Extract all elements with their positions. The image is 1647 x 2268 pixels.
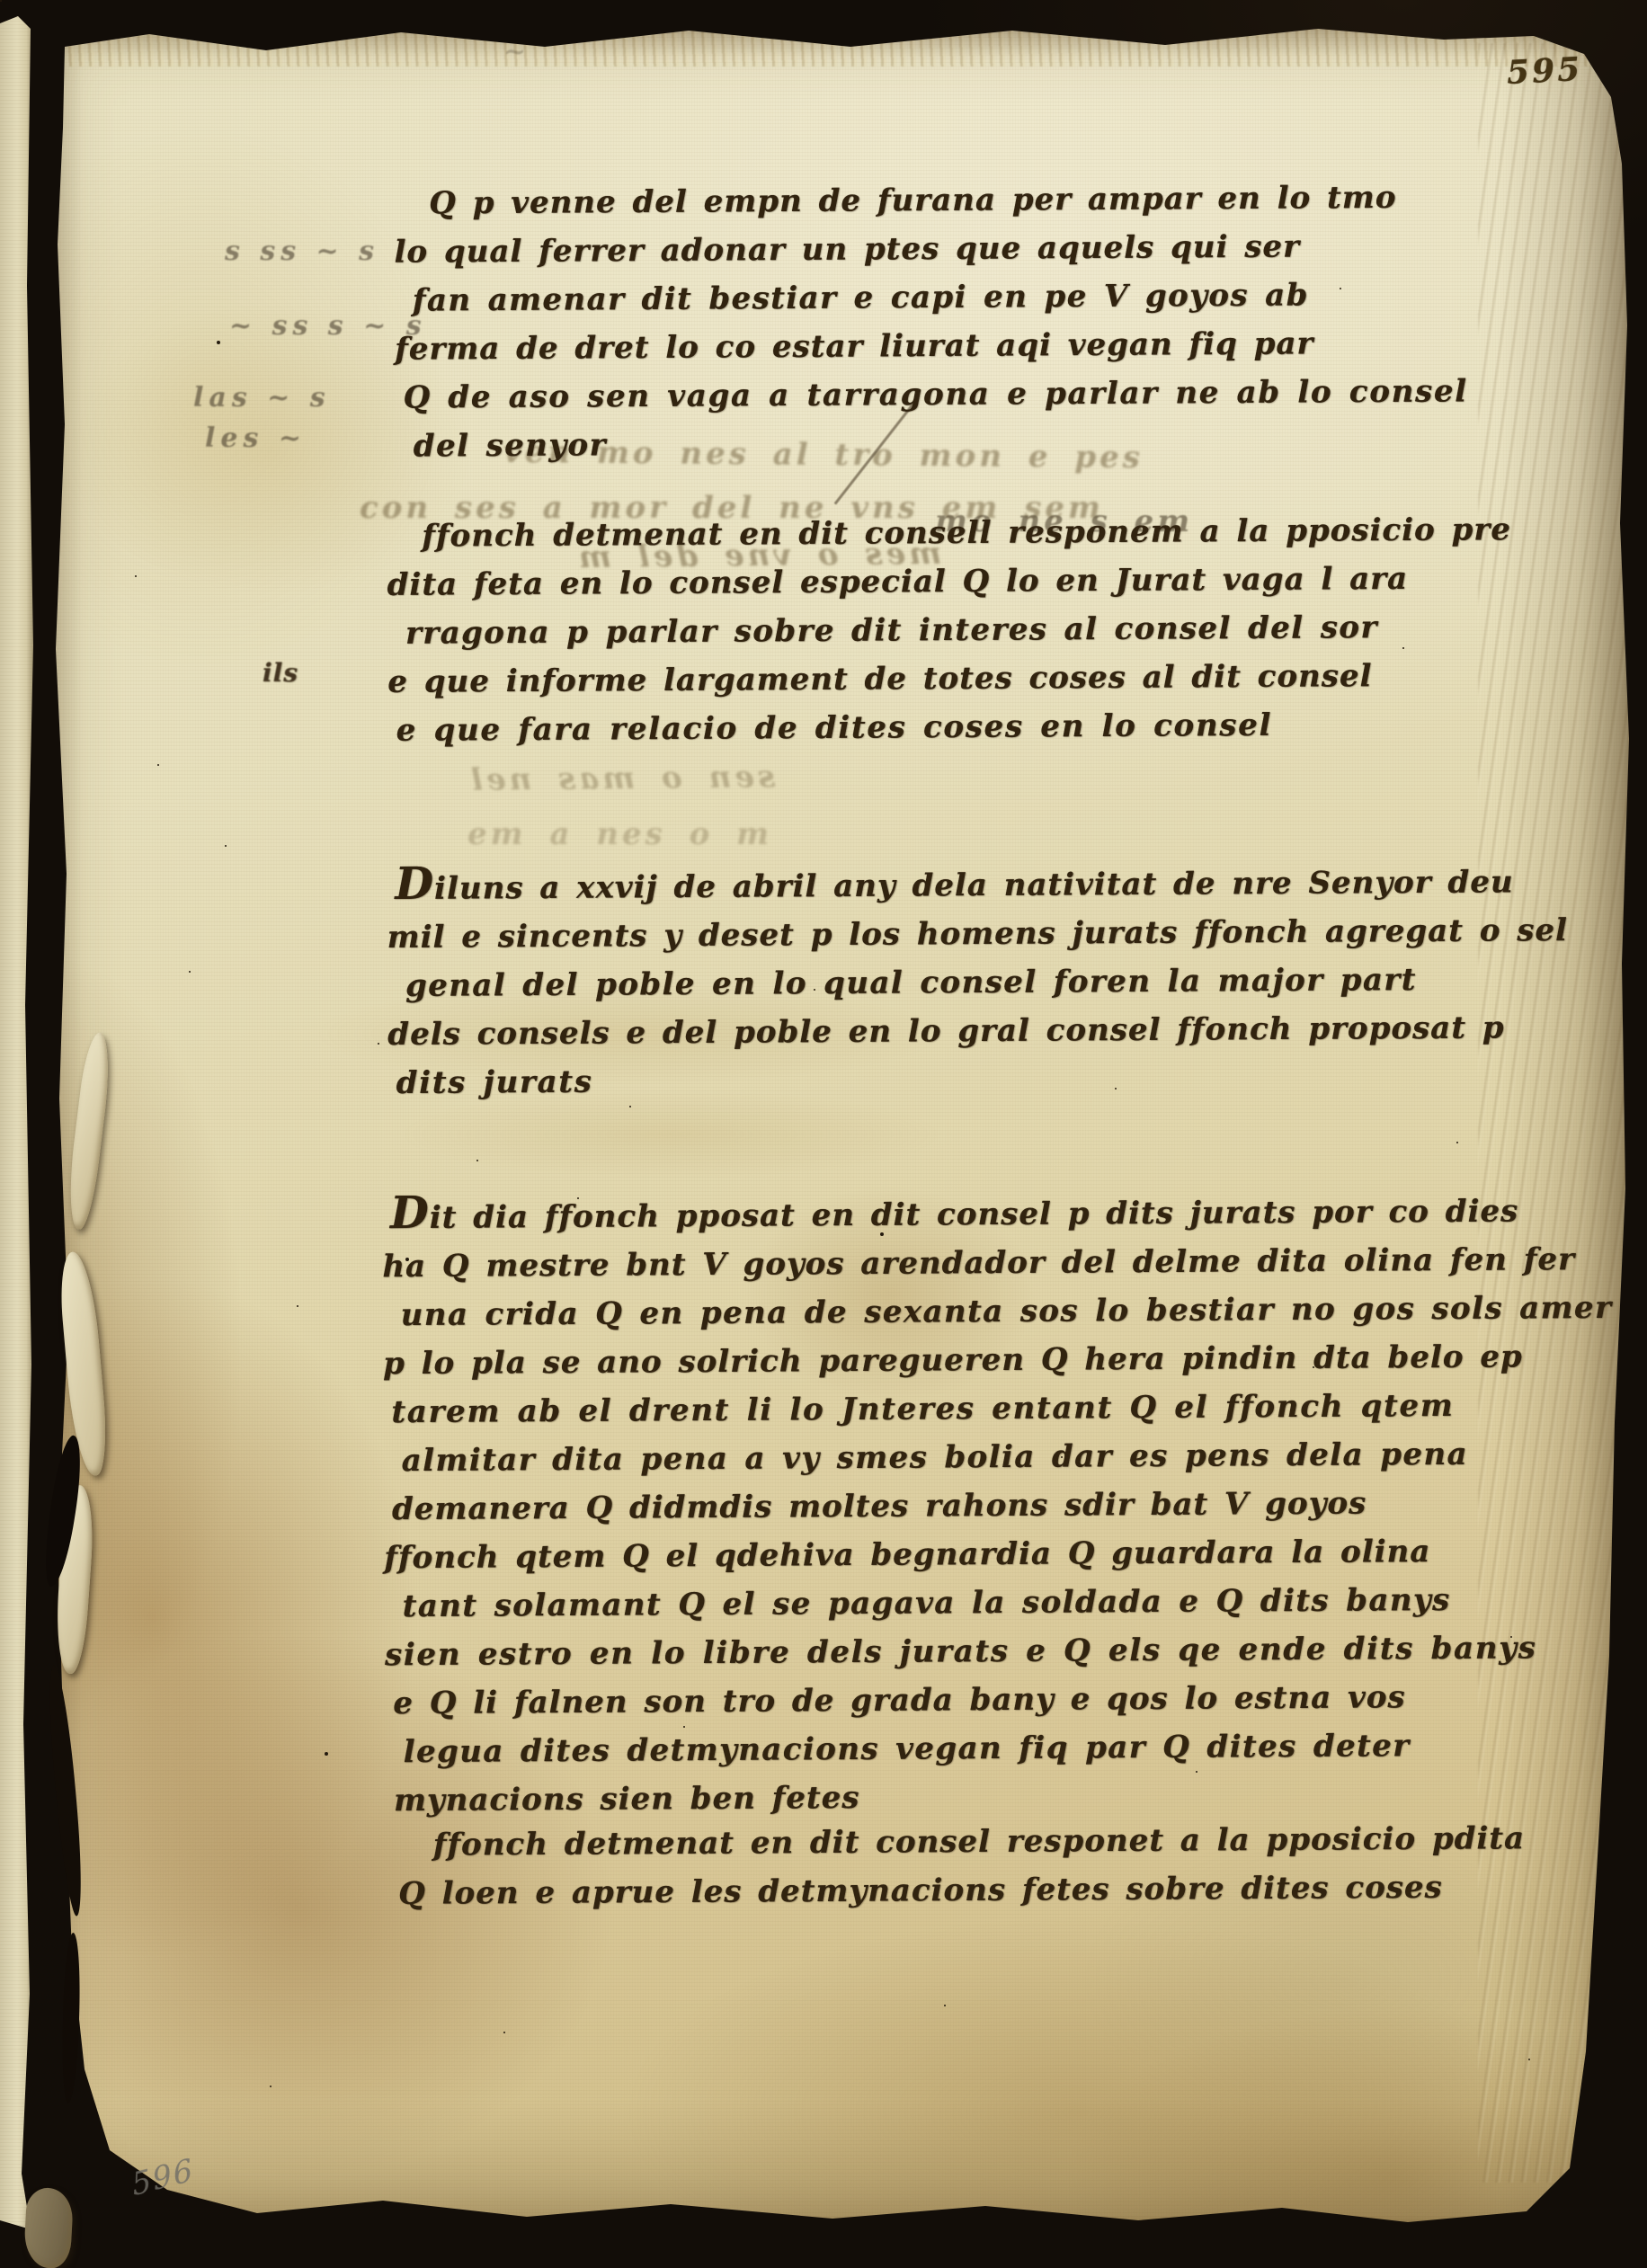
manuscript-line: e que informe largament de totes coses a… xyxy=(387,651,1512,707)
ink-offset-smudge: ~ xyxy=(503,36,531,67)
manuscript-line: tant solamant Q el se pagava la soldada … xyxy=(403,1575,1615,1631)
manuscript-line: demanera Q didmdis moltes rahons sdir ba… xyxy=(392,1478,1614,1534)
manuscript-line: p lo pla se ano solrich paregueren Q her… xyxy=(383,1332,1613,1388)
manuscript-line: ffonch qtem Q el qdehiva begnardia Q gua… xyxy=(384,1526,1614,1582)
manuscript-line: mil e sincents y deset p los homens jura… xyxy=(387,906,1569,962)
manuscript-line: e Q li falnen son tro de grada bany e qo… xyxy=(393,1672,1615,1728)
manuscript-line: una crida Q en pena de sexanta sos lo be… xyxy=(401,1284,1613,1339)
previous-folio-texture xyxy=(0,16,38,2229)
manuscript-line: sien estro en lo libre dels jurats e Q e… xyxy=(385,1623,1615,1679)
paragraph-entry-5: ffonch detmenat en dit consel responet a… xyxy=(406,1814,1526,1918)
bleedthrough-line: em a nes o m xyxy=(467,816,772,852)
manuscript-line: Dit dia ffonch pposat en dit consel p di… xyxy=(390,1181,1612,1242)
manuscript-line: genal del poble en lo qual consel foren … xyxy=(405,955,1569,1010)
manuscript-line: dels consels e del poble en lo gral cons… xyxy=(387,1003,1569,1059)
previous-folio-edge xyxy=(0,16,38,2229)
ink-offset-smudge: s ss ~ s xyxy=(225,236,379,267)
manuscript-line: fan amenar dit bestiar e capi en pe V go… xyxy=(413,270,1468,325)
manuscript-line: Q loen e aprue les detmynacions fetes so… xyxy=(398,1863,1526,1918)
manuscript-scan: ven mo nes al tro mon e pes con ses a mo… xyxy=(0,0,1647,2268)
manuscript-line: ffonch detmenat en dit consel responet a… xyxy=(433,1814,1526,1869)
worm-specks xyxy=(0,0,2,2)
torn-scrap xyxy=(23,2187,75,2268)
manuscript-line: lo qual ferrer adonar un ptes que aquels… xyxy=(394,221,1467,276)
manuscript-line: rragona p parlar sobre dit interes al co… xyxy=(405,602,1512,658)
manuscript-line: ffonch detmenat en dit consell responem … xyxy=(422,505,1511,560)
manuscript-line: del senyor xyxy=(414,415,1469,470)
manuscript-line: dita feta en lo consel especial Q lo en … xyxy=(387,554,1512,609)
ink-offset-smudge: las ~ s xyxy=(193,382,331,414)
paragraph-entry-4: Dit dia ffonch pposat en dit consel p di… xyxy=(390,1181,1616,1825)
margin-note: ils xyxy=(263,649,298,698)
manuscript-line: Q p venne del empn de furana per ampar e… xyxy=(429,173,1467,227)
ink-offset-smudge: les ~ xyxy=(205,422,307,454)
manuscript-line: Diluns a xxvij de abril any dela nativit… xyxy=(395,852,1568,913)
manuscript-line: almitar dita pena a vy smes bolia dar es… xyxy=(402,1429,1614,1485)
manuscript-line: dits jurats xyxy=(396,1052,1570,1107)
manuscript-line: e que fara relacio de dites coses en lo … xyxy=(396,699,1513,755)
folio-number: 595 xyxy=(1506,45,1584,97)
manuscript-line: ferma de dret lo co estar liurat aqi veg… xyxy=(395,318,1468,373)
manuscript-line: ha Q mestre bnt V goyos arendador del de… xyxy=(382,1235,1612,1291)
manuscript-line: legua dites detmynacions vegan fiq par Q… xyxy=(404,1721,1616,1776)
manuscript-line: Q de aso sen vaga a tarragona e parlar n… xyxy=(403,367,1468,422)
paragraph-entry-1: Q p venne del empn de furana per ampar e… xyxy=(402,173,1468,470)
bleedthrough-line: sen o mas nel xyxy=(467,759,776,798)
paragraph-entry-3: Diluns a xxvij de abril any dela nativit… xyxy=(395,852,1569,1107)
manuscript-line: tarem ab el drent li lo Jnteres entant Q… xyxy=(391,1381,1613,1436)
paragraph-entry-2: ffonch detmenat en dit consell responem … xyxy=(395,505,1512,755)
